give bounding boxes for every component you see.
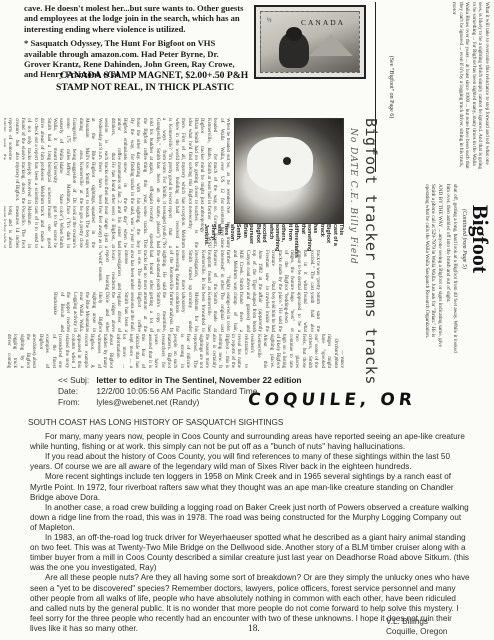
stamp-magnet-line-1: CANADA STAMP MAGNET, $2.00+.50 P&H <box>60 70 260 82</box>
canada-stamp-image: ½ CANADA <box>254 5 366 79</box>
letter-paragraph: More recent sightings include ten logger… <box>30 472 470 502</box>
signature-name: V.L. Billings <box>386 617 447 627</box>
bigfoot-col-text-a: What it will take to overcome this reluc… <box>450 2 490 172</box>
see-page-6-note: (See "Bigfoot" on Page 6) <box>387 2 394 172</box>
letter-paragraph: In 1983, an off-the-road log truck drive… <box>30 533 470 573</box>
subject-label: << Subj: <box>58 375 94 386</box>
mountain-graphic <box>309 34 353 56</box>
handwritten-location: COQUILE, OR <box>247 390 417 410</box>
clipping-headline: Bigfoot tracker roams tracks <box>362 118 380 368</box>
photo-credit: — Vance Orchard photo <box>331 334 344 368</box>
newspaper-clipping: Bigfoot tracker roams tracks No DATE C.E… <box>4 118 380 368</box>
stamp-magnet-ad: CANADA STAMP MAGNET, $2.00+.50 P&H STAMP… <box>60 70 260 93</box>
letter-paragraph: For many, many years now, people in Coos… <box>30 432 470 452</box>
subject-value: letter to editor in The Sentinel, Novemb… <box>96 375 301 385</box>
cast-mark <box>283 157 291 165</box>
clipping-column-5: Smith said the youth had also found what… <box>4 292 320 332</box>
clipping-column-2: So, as he wended over US 12 for much of … <box>4 162 230 204</box>
letter-article: SOUTH COAST HAS LONG HISTORY OF SASQUATC… <box>30 418 470 634</box>
letter-paragraph: In another case, a road crew building a … <box>30 503 470 533</box>
handwritten-note: No DATE C.E. Billy Field <box>348 128 358 265</box>
clipping-rotated-content: Bigfoot tracker roams tracks No DATE C.E… <box>4 118 380 368</box>
bigfoot-continuation-column: What it will take to overcome this reluc… <box>368 2 494 357</box>
clipping-column-4: track he was "pretty excited." The cast … <box>4 250 320 290</box>
photo-caption: This cast of a Bigfoot track has somethi… <box>203 224 344 246</box>
bigfoot-continued-note: (Continued from Page 5) <box>460 184 468 294</box>
clipping-column-1: When he headed out of Walla Walla, heade… <box>4 118 230 160</box>
letter-headline: SOUTH COAST HAS LONG HISTORY OF SASQUATC… <box>28 418 470 428</box>
footprint-cast <box>247 137 313 191</box>
date-label: Date: <box>58 386 94 397</box>
signature-place: Coquille, Oregon <box>386 627 447 637</box>
from-value: lyles@webenet.net (Randy) <box>96 397 199 407</box>
stamp-artwork: ½ CANADA <box>260 11 360 73</box>
bigfoot-title-block: Bigfoot (Continued from Page 5) <box>460 184 492 294</box>
clipping-column-3: Not too many scientists have done so. Gr… <box>4 206 230 248</box>
sasquatch-head <box>286 27 302 41</box>
letter-signature: V.L. Billings Coquille, Oregon <box>386 617 447 637</box>
date-value: 12/2/00 10:05:56 AM Pacific Standard Tim… <box>96 386 257 396</box>
clipping-column-6: — Vance Orchard photo ridges might have … <box>4 334 344 368</box>
stamp-country: CANADA <box>301 18 345 27</box>
top-article-para-1: cave. He doesn't molest her...but sure w… <box>24 3 244 34</box>
page-number: 18. <box>248 624 260 634</box>
bigfoot-col-text-b: shut off, getting a long, hard look at a… <box>423 184 458 354</box>
letter-paragraph: If you read about the history of Coos Co… <box>30 452 470 472</box>
from-label: From: <box>58 397 94 408</box>
bigfoot-title: Bigfoot <box>468 184 492 294</box>
stamp-magnet-line-2: STAMP NOT REAL, IN THICK PLASTIC <box>56 82 260 94</box>
stamp-value: ½ <box>267 18 272 24</box>
email-subject-row: << Subj: letter to editor in The Sentine… <box>58 375 302 386</box>
bigfoot-cast-photo <box>234 118 344 224</box>
